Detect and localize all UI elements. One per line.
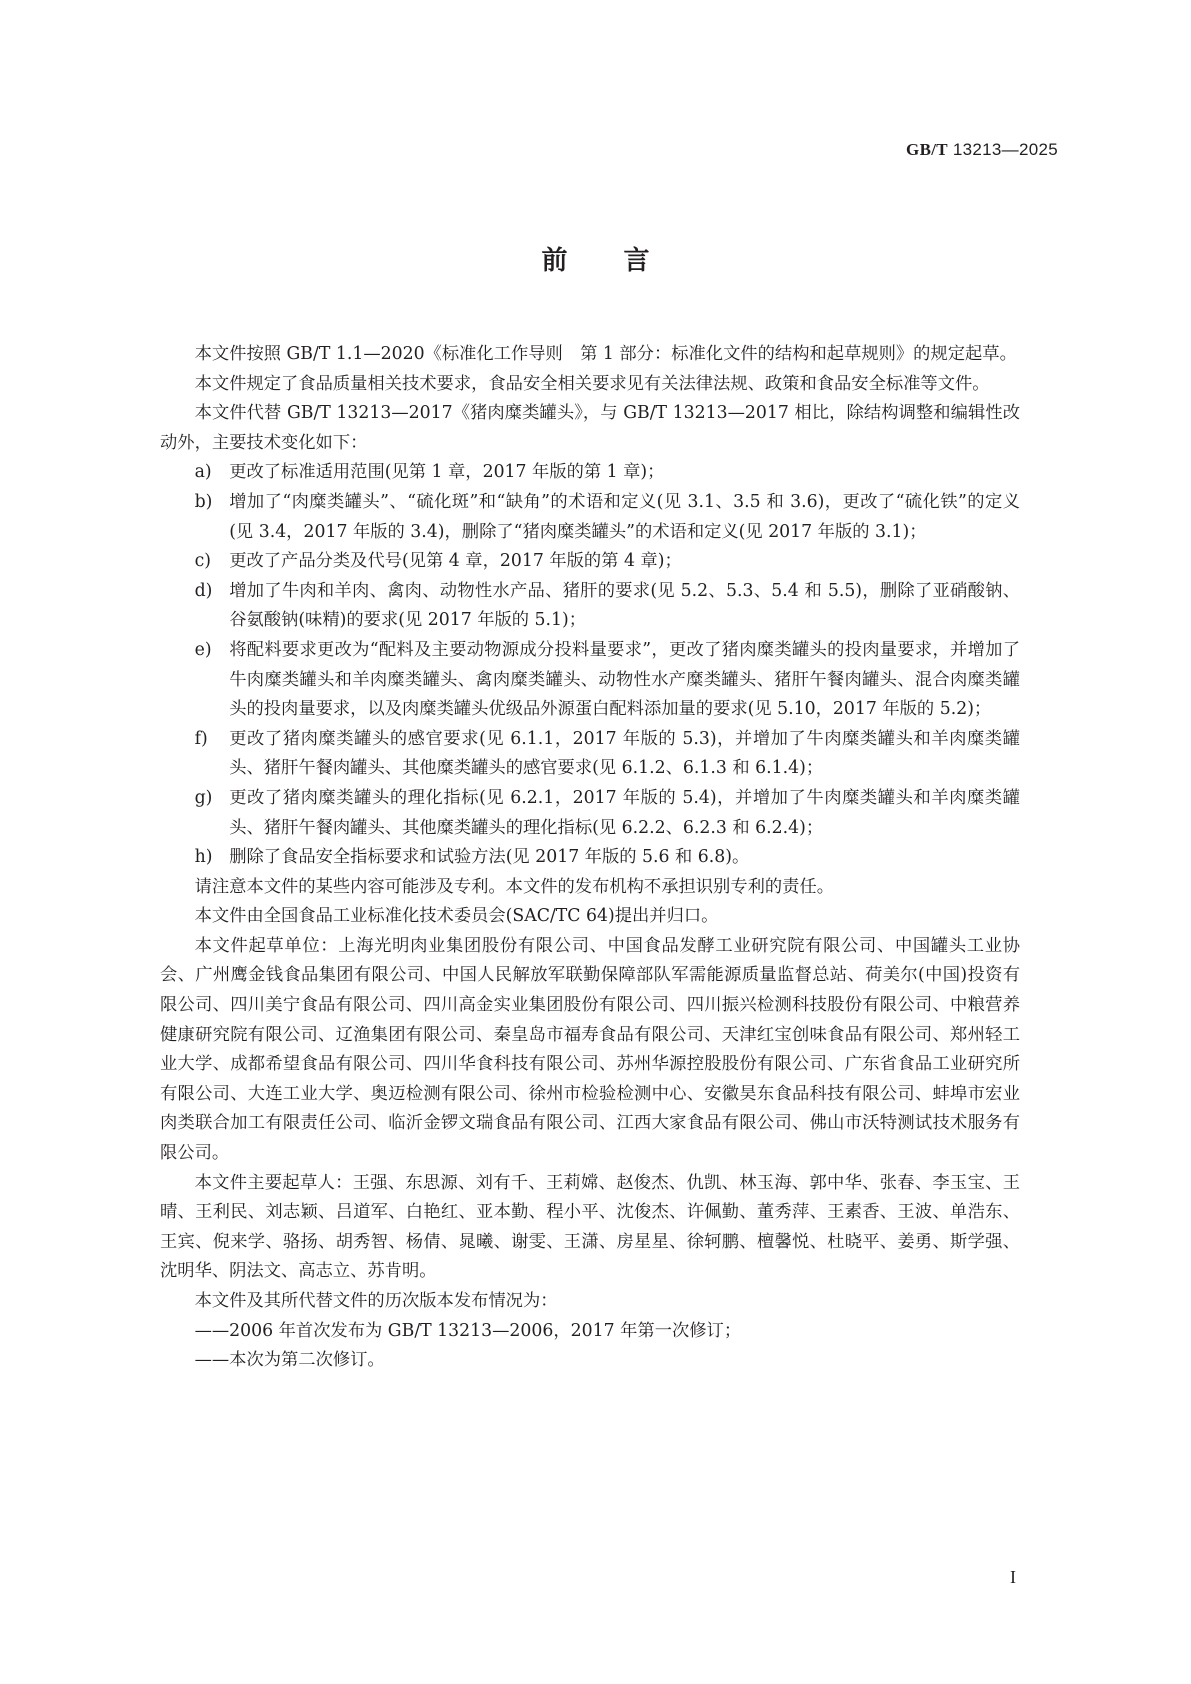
list-item-text: 删除了食品安全指标要求和试验方法(见 2017 年版的 5.6 和 6.8)。: [229, 843, 1020, 873]
history-entry: ——本次为第二次修订。: [160, 1346, 1020, 1376]
list-item: g) 更改了猪肉糜类罐头的理化指标(见 6.2.1，2017 年版的 5.4)，…: [160, 784, 1020, 843]
list-item-text: 更改了标准适用范围(见第 1 章，2017 年版的第 1 章)；: [229, 458, 1020, 488]
list-item: e) 将配料要求更改为“配料及主要动物源成分投料量要求”，更改了猪肉糜类罐头的投…: [160, 636, 1020, 725]
document-page: GB/T 13213—2025 前言 本文件按照 GB/T 1.1—2020《标…: [0, 0, 1191, 1684]
paragraph-scope-note: 本文件规定了食品质量相关技术要求，食品安全相关要求见有关法律法规、政策和食品安全…: [160, 370, 1020, 400]
list-item: c) 更改了产品分类及代号(见第 4 章，2017 年版的第 4 章)；: [160, 547, 1020, 577]
list-item-label: c): [195, 547, 230, 577]
list-item-label: g): [195, 784, 230, 843]
main-drafters: 本文件主要起草人：王强、东思源、刘有千、王莉嫦、赵俊杰、仇凯、林玉海、郭中华、张…: [160, 1169, 1020, 1287]
patent-notice: 请注意本文件的某些内容可能涉及专利。本文件的发布机构不承担识别专利的责任。: [160, 873, 1020, 903]
list-item-text: 更改了猪肉糜类罐头的感官要求(见 6.1.1，2017 年版的 5.3)，并增加…: [229, 725, 1020, 784]
drafting-units: 本文件起草单位：上海光明肉业集团股份有限公司、中国食品发酵工业研究院有限公司、中…: [160, 932, 1020, 1169]
list-item-label: h): [195, 843, 230, 873]
list-item: d) 增加了牛肉和羊肉、禽肉、动物性水产品、猪肝的要求(见 5.2、5.3、5.…: [160, 577, 1020, 636]
standard-code: GB/T 13213—2025: [906, 140, 1058, 160]
history-intro: 本文件及其所代替文件的历次版本发布情况为：: [160, 1287, 1020, 1317]
paragraph-replacement: 本文件代替 GB/T 13213—2017《猪肉糜类罐头》，与 GB/T 132…: [160, 399, 1020, 458]
changes-list: a) 更改了标准适用范围(见第 1 章，2017 年版的第 1 章)； b) 增…: [160, 458, 1020, 872]
list-item-label: b): [195, 488, 230, 547]
list-item-text: 更改了产品分类及代号(见第 4 章，2017 年版的第 4 章)；: [229, 547, 1020, 577]
paragraph-drafting-basis: 本文件按照 GB/T 1.1—2020《标准化工作导则 第 1 部分：标准化文件…: [160, 340, 1020, 370]
page-number: I: [1010, 1567, 1016, 1588]
page-title: 前言: [0, 240, 1191, 277]
list-item: f) 更改了猪肉糜类罐头的感官要求(见 6.1.1，2017 年版的 5.3)，…: [160, 725, 1020, 784]
list-item-label: e): [195, 636, 230, 725]
list-item: h) 删除了食品安全指标要求和试验方法(见 2017 年版的 5.6 和 6.8…: [160, 843, 1020, 873]
list-item-text: 将配料要求更改为“配料及主要动物源成分投料量要求”，更改了猪肉糜类罐头的投肉量要…: [229, 636, 1020, 725]
list-item-label: a): [195, 458, 230, 488]
standard-number: 13213—2025: [953, 140, 1058, 159]
list-item: a) 更改了标准适用范围(见第 1 章，2017 年版的第 1 章)；: [160, 458, 1020, 488]
list-item-text: 增加了牛肉和羊肉、禽肉、动物性水产品、猪肝的要求(见 5.2、5.3、5.4 和…: [229, 577, 1020, 636]
title-char-1: 前: [541, 240, 567, 277]
list-item: b) 增加了“肉糜类罐头”、“硫化斑”和“缺角”的术语和定义(见 3.1、3.5…: [160, 488, 1020, 547]
list-item-label: d): [195, 577, 230, 636]
title-char-2: 言: [624, 240, 650, 277]
standard-prefix: GB/T: [906, 140, 948, 159]
list-item-text: 更改了猪肉糜类罐头的理化指标(见 6.2.1，2017 年版的 5.4)，并增加…: [229, 784, 1020, 843]
list-item-text: 增加了“肉糜类罐头”、“硫化斑”和“缺角”的术语和定义(见 3.1、3.5 和 …: [229, 488, 1020, 547]
history-entry: ——2006 年首次发布为 GB/T 13213—2006，2017 年第一次修…: [160, 1317, 1020, 1347]
foreword-body: 本文件按照 GB/T 1.1—2020《标准化工作导则 第 1 部分：标准化文件…: [160, 340, 1020, 1376]
proposer-notice: 本文件由全国食品工业标准化技术委员会(SAC/TC 64)提出并归口。: [160, 902, 1020, 932]
list-item-label: f): [195, 725, 230, 784]
